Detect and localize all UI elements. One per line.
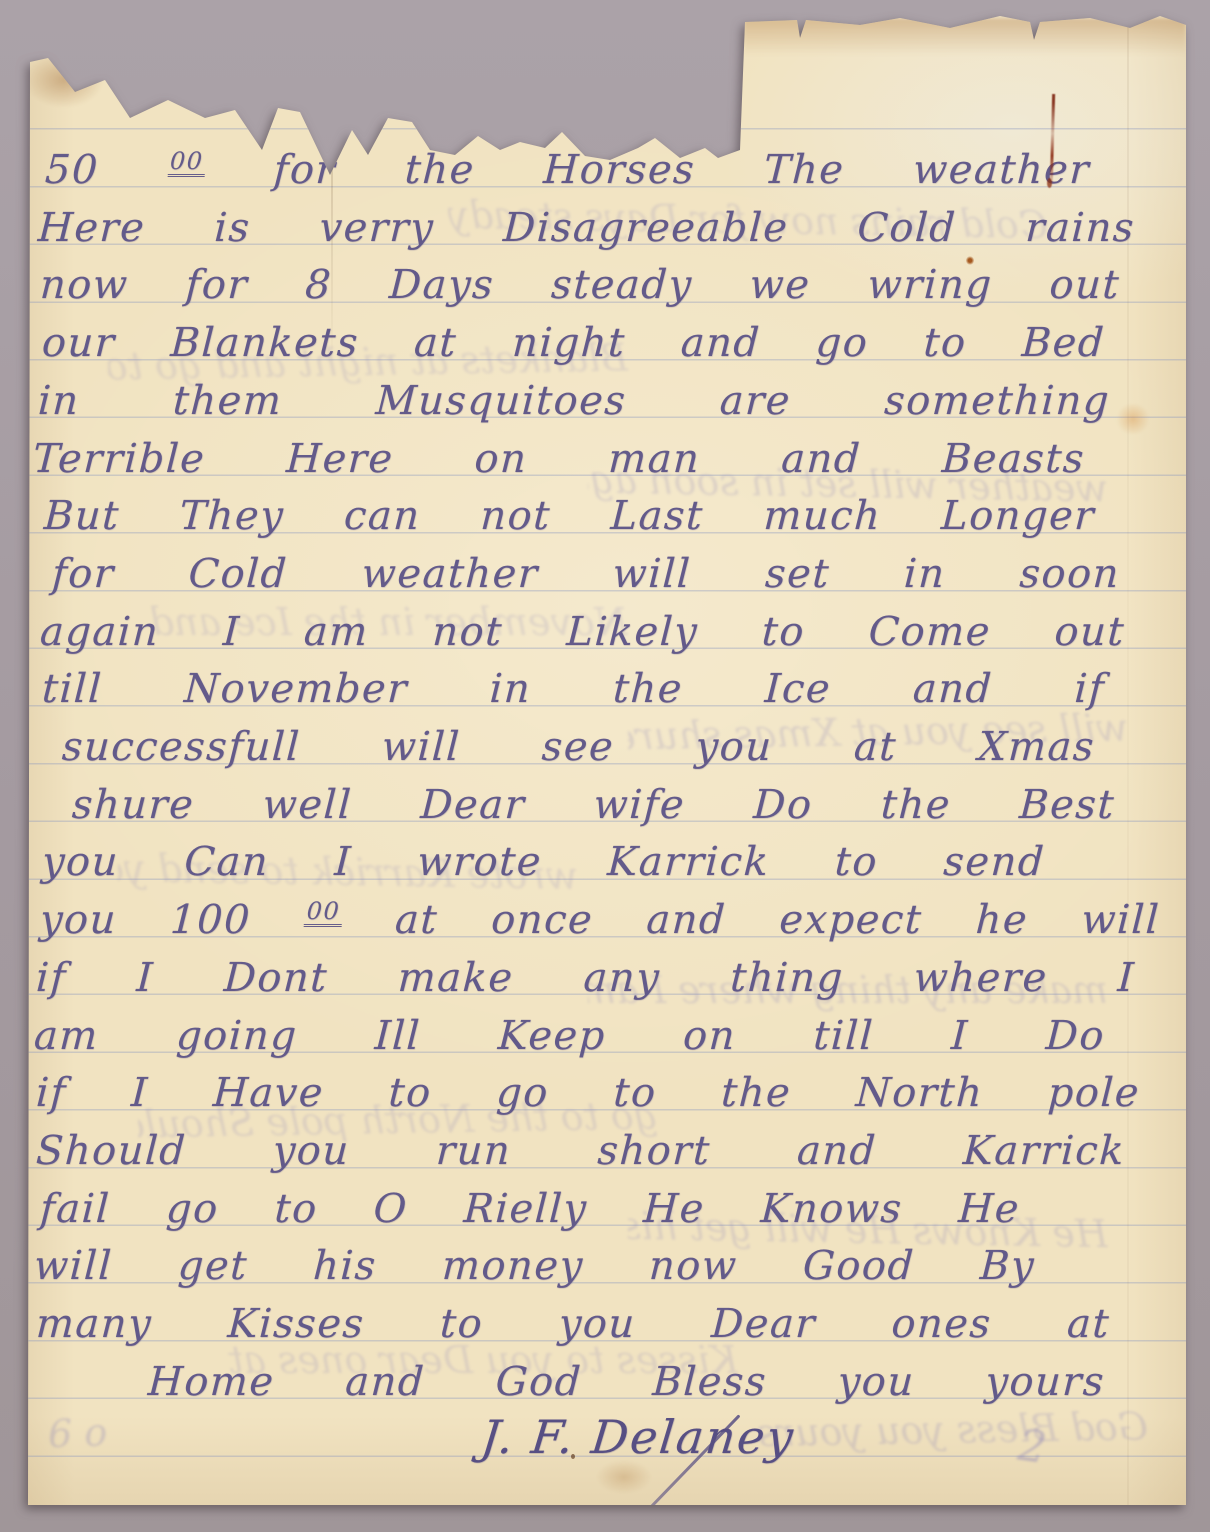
superscript-cents: 00: [167, 149, 206, 177]
letter-line: 50 00 for the Horses The weather: [43, 141, 1091, 199]
stain-top-right: [743, 18, 1186, 62]
letter-line: till November in the Ice and if: [40, 660, 1106, 718]
letter-line: shure well Dear wife Do the Best: [70, 776, 1116, 834]
letter-line: Home and God Bless you yours: [146, 1353, 1106, 1411]
letter-line: am going Ill Keep on till I Do: [32, 1007, 1106, 1065]
letter-line: you 100 00 at once and expect he will: [38, 891, 1161, 949]
letter-line: will get his money now Good By: [32, 1237, 1036, 1295]
letter-paper-shadow-wrap: Cold rains now for Days steadyBlankets a…: [0, 0, 1210, 1532]
letter-paper: Cold rains now for Days steadyBlankets a…: [28, 8, 1186, 1506]
letter-line: now for 8 Days steady we wring out: [38, 256, 1121, 314]
letter-line: Should you run short and Karrick: [34, 1122, 1126, 1180]
letter-line: But They can not Last much Longer: [42, 487, 1096, 545]
letter-line: in them Musquitoes are something: [36, 372, 1111, 430]
letter-line: successfull will see you at Xmas: [60, 718, 1096, 776]
photograph-of-letter: { "document": { "kind": "handwritten let…: [0, 0, 1210, 1532]
bleedthrough-mark: 2: [1015, 1422, 1081, 1478]
letter-line: for Cold weather will set in soon: [50, 545, 1121, 603]
superscript-cents: 00: [304, 899, 343, 927]
letter-line: you Can I wrote Karrick to send: [40, 833, 1046, 891]
letter-line: again I am not Likely to Come out: [38, 603, 1126, 661]
letter-line: many Kisses to you Dear ones at: [34, 1295, 1111, 1353]
stain-top-left: [24, 52, 104, 108]
letter-line: if I Dont make any thing where I: [34, 949, 1136, 1007]
letter-line: Here is verry Disagreeable Cold rains: [36, 199, 1136, 257]
letter-line: if I Have to go to the North pole: [34, 1064, 1141, 1122]
orange-stain: [1116, 404, 1150, 434]
letter-line: fail go to O Rielly He Knows He: [38, 1180, 1021, 1238]
bleedthrough-mark: 6 o: [47, 1406, 179, 1459]
signature: J. F. Delaney: [405, 1405, 872, 1469]
letter-line: Terrible Here on man and Beasts: [31, 430, 1086, 488]
letter-line: our Blankets at night and go to Bed: [40, 314, 1106, 372]
